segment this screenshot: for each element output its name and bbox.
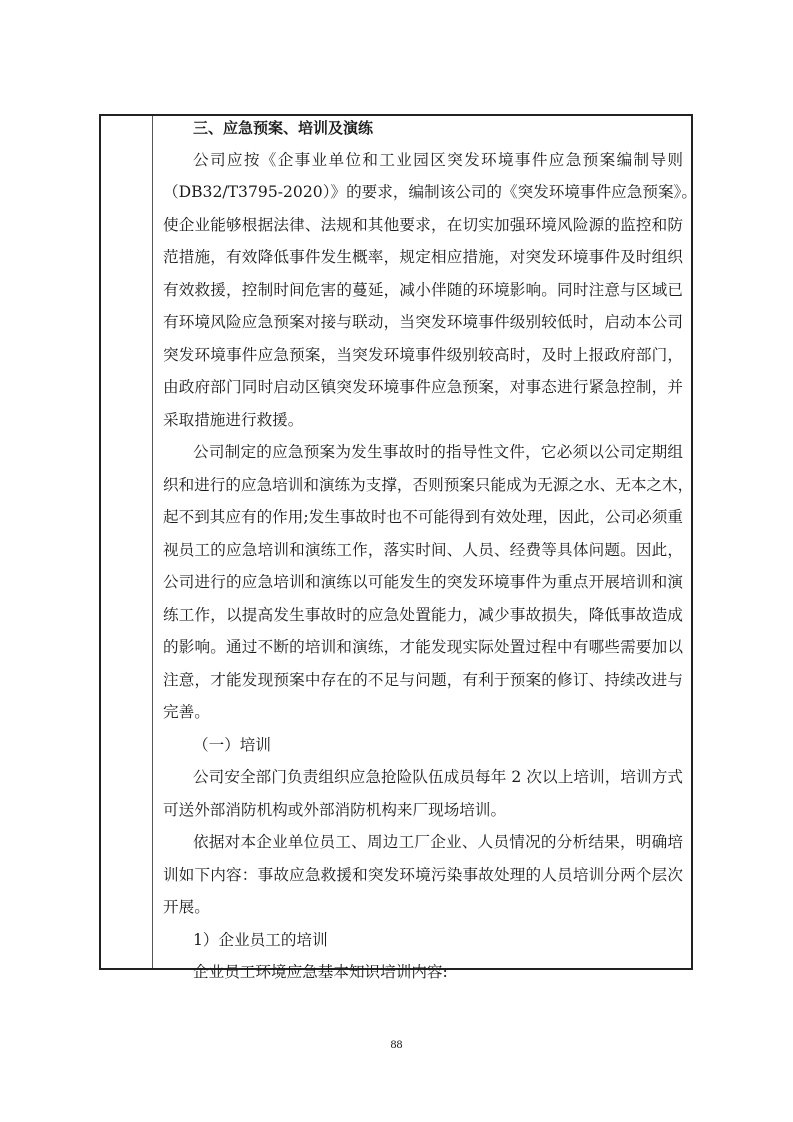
paragraph-line: 公司应按《企事业单位和工业园区突发环境事件应急预案编制导则 xyxy=(193,150,683,182)
table-left-column xyxy=(101,116,153,968)
paragraph-line: 公司安全部门负责组织应急抢险队伍成员每年 2 次以上培训，培训方式 xyxy=(193,767,683,799)
paragraph-line: 视员工的应急培训和演练工作，落实时间、人员、经费等具体问题。因此， xyxy=(163,540,683,572)
paragraph-line: 采取措施进行救援。 xyxy=(163,410,683,442)
paragraph-line: 有效救援，控制时间危害的蔓延，减小伴随的环境影响。同时注意与区域已 xyxy=(163,280,683,312)
subheading-employee-training: 1）企业员工的培训 xyxy=(193,930,683,962)
paragraph-line: 依据对本企业单位员工、周边工厂企业、人员情况的分析结果，明确培 xyxy=(193,832,683,864)
paragraph-line: （DB32/T3795-2020）》的要求，编制该公司的《突发环境事件应急预案》… xyxy=(163,182,683,214)
paragraph-line: 的影响。通过不断的培训和演练，才能发现实际处置过程中有哪些需要加以 xyxy=(163,637,683,669)
paragraph-line: 练工作，以提高发生事故时的应急处置能力，减少事故损失，降低事故造成 xyxy=(163,605,683,637)
paragraph-line: 开展。 xyxy=(163,897,683,929)
table-content-column: 三、应急预案、培训及演练 公司应按《企事业单位和工业园区突发环境事件应急预案编制… xyxy=(153,116,691,968)
subheading-training: （一）培训 xyxy=(193,735,683,767)
paragraph-line: 企业员工环境应急基本知识培训内容: xyxy=(193,962,683,994)
paragraph-line: 由政府部门同时启动区镇突发环境事件应急预案，对事态进行紧急控制，并 xyxy=(163,377,683,409)
section-heading: 三、应急预案、培训及演练 xyxy=(193,118,683,150)
paragraph-line: 有环境风险应急预案对接与联动，当突发环境事件级别较低时，启动本公司 xyxy=(163,312,683,344)
paragraph-line: 织和进行的应急培训和演练为支撑，否则预案只能成为无源之水、无本之木， xyxy=(163,475,683,507)
paragraph-line: 起不到其应有的作用;发生事故时也不可能得到有效处理，因此，公司必须重 xyxy=(163,507,683,539)
page-number: 88 xyxy=(0,1037,793,1052)
paragraph-line: 公司进行的应急培训和演练以可能发生的突发环境事件为重点开展培训和演 xyxy=(163,572,683,604)
paragraph-line: 训如下内容：事故应急救援和突发环境污染事故处理的人员培训分两个层次 xyxy=(163,865,683,897)
paragraph-line: 突发环境事件应急预案，当突发环境事件级别较高时，及时上报政府部门， xyxy=(163,345,683,377)
paragraph-line: 使企业能够根据法律、法规和其他要求，在切实加强环境风险源的监控和防 xyxy=(163,215,683,247)
paragraph-line: 公司制定的应急预案为发生事故时的指导性文件，它必须以公司定期组 xyxy=(193,442,683,474)
paragraph-line: 完善。 xyxy=(163,702,683,734)
document-table: 三、应急预案、培训及演练 公司应按《企事业单位和工业园区突发环境事件应急预案编制… xyxy=(99,114,693,970)
paragraph-line: 可送外部消防机构或外部消防机构来厂现场培训。 xyxy=(163,800,683,832)
paragraph-line: 范措施，有效降低事件发生概率，规定相应措施，对突发环境事件及时组织 xyxy=(163,247,683,279)
paragraph-line: 注意，才能发现预案中存在的不足与问题，有利于预案的修订、持续改进与 xyxy=(163,670,683,702)
